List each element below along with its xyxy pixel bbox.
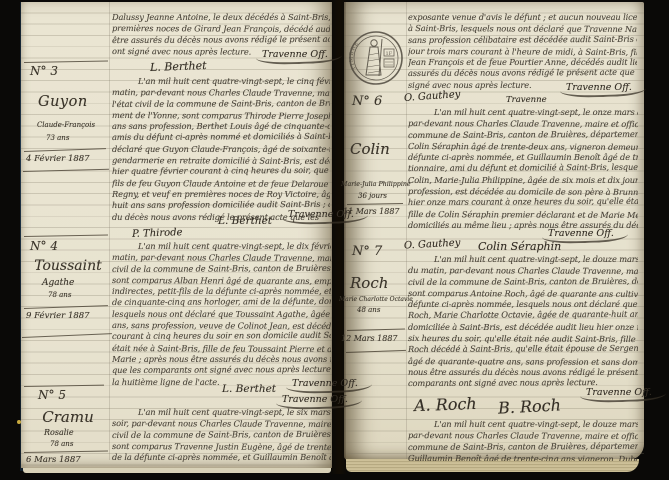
- entry-6-surname: Colin: [350, 140, 390, 158]
- witness-signature: Colin Séraphin: [478, 240, 561, 253]
- mayor-paraphe-signature: Travenne Off.: [566, 82, 632, 95]
- left-page-bottom-edge: [23, 468, 331, 473]
- entry-5-text: L'an mil huit cent quatre-vingt-sept, le…: [112, 407, 331, 463]
- timbre-revenue-stamp: TIMBRE 1F: [348, 29, 404, 87]
- entry-5-age: 78 ans: [50, 440, 73, 448]
- entry-5-number: N° 5: [38, 388, 66, 402]
- entry-6-text: L'an mil huit cent quatre-vingt-sept, le…: [408, 107, 638, 231]
- entry-4-text: L'an mil huit cent quatre-vingt-sept, le…: [112, 241, 331, 388]
- mayor-paraphe-signature: Travenne Off.: [586, 387, 652, 400]
- entry-7-given-names: Marie Charlotte Octavie: [339, 296, 407, 303]
- entry-7-text: L'an mil huit cent quatre-vingt-sept, le…: [408, 254, 638, 390]
- mayor-paraphe-signature: Travenne Off.: [282, 394, 348, 407]
- entry-7-age: 48 ans: [357, 306, 380, 314]
- entry-4-surname: Toussaint: [18, 258, 118, 274]
- book-spine: [5, 2, 22, 471]
- entry-6-age: 36 jours: [358, 192, 387, 200]
- witness-signature: A. Roch: [414, 394, 477, 415]
- entry-5-surname: Cramu: [20, 408, 116, 426]
- entry-3-date: 4 Février 1887: [26, 154, 90, 164]
- mayor-paraphe-signature: Travenne Off.: [292, 378, 358, 391]
- entry-7-surname: Roch: [350, 274, 388, 292]
- entry-5-date: 6 Mars 1887: [26, 455, 81, 465]
- entry-3-surname: Guyon: [38, 94, 88, 110]
- entry-4-number: N° 4: [30, 239, 58, 253]
- witness-signature: B. Roch: [498, 395, 562, 417]
- entry-4-date: 9 Février 1887: [26, 311, 90, 321]
- register-scan-photo: TIMBRE 1F N° 3 Guyon Claude-François 73 …: [0, 0, 669, 480]
- right-margin-rule: [406, 2, 407, 460]
- entry-5-given-names: Rosalie: [44, 428, 74, 437]
- entry-3-number: N° 3: [30, 64, 58, 78]
- entry-3-given-names: Claude-François: [20, 121, 112, 129]
- witness-signature: P. Thirode: [132, 227, 183, 240]
- entry-4-given-names: Agathe: [42, 278, 74, 288]
- clerk-signature: L. Berthet: [222, 383, 276, 395]
- mayor-paraphe-signature: Travenne Off.: [262, 49, 328, 62]
- entry-4-age: 78 ans: [48, 291, 71, 299]
- witness-signature: Travenne: [506, 95, 547, 105]
- entry-7-date: 12 Mars 1887: [341, 334, 398, 343]
- entry-3-text: L'an mil huit cent quatre-vingt-sept, le…: [112, 76, 330, 223]
- entry-7-number: N° 7: [352, 244, 382, 259]
- entry-6-number: N° 6: [352, 94, 382, 109]
- stamp-value-label: 1F: [386, 51, 393, 57]
- mayor-paraphe-signature: Travenne Off.: [288, 209, 354, 222]
- entry-8-text: L'an mil huit cent quatre-vingt-sept, le…: [408, 419, 638, 461]
- entry-3-age: 73 ans: [46, 134, 69, 142]
- clerk-signature: L. Berthet: [150, 59, 207, 74]
- clerk-signature: L. Berthet: [218, 215, 272, 227]
- left-margin-rule: [109, 2, 110, 460]
- entry-6-given-names: Marie-Julia Philippine: [341, 181, 407, 188]
- right-continuation-text: exposante venue d'avis le défunt ; et au…: [408, 12, 637, 91]
